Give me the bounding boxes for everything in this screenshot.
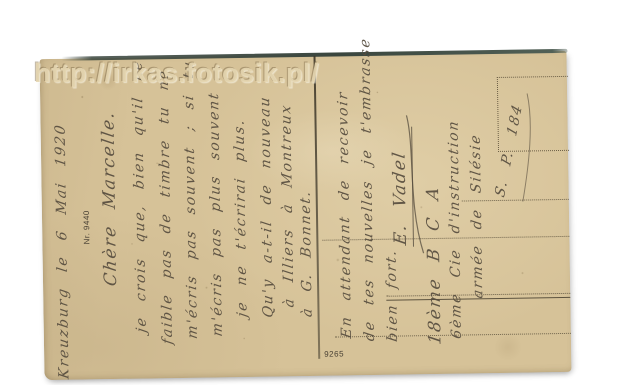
scanned-image: Nr. 9440 9265 Kreuzburg le 6 Mai 1920 Ch… xyxy=(0,0,620,385)
handwritten-line: m'écris pas plus souvent xyxy=(203,87,229,338)
site-watermark: http://irkas.fotosik.pl/ xyxy=(34,58,334,89)
handwritten-line: je ne t'écrirai plus. xyxy=(228,115,253,318)
signature: E. Vadel xyxy=(387,123,414,247)
printed-plate-number: 9265 xyxy=(324,349,344,358)
handwritten-line: je crois que, bien qu'il ne xyxy=(127,73,153,334)
handwritten-line: à G. Bonnet. xyxy=(294,163,318,318)
handwritten-line-salutation: Chère Marcelle. xyxy=(96,114,123,287)
handwritten-line-dateline: Kreuzburg le 6 Mai 1920 xyxy=(49,97,75,380)
handwritten-address-army: armée de Silésie xyxy=(464,107,489,300)
handwritten-line: m'écris pas souvent ; si tu xyxy=(178,75,204,340)
handwritten-line-closing: de tes nouvelles je t'embrasse xyxy=(355,77,381,342)
handwritten-line: faible pas de timbre tu ne xyxy=(153,71,179,346)
handwritten-line-closing: En attendant de recevoir xyxy=(332,81,358,340)
printed-series-number: Nr. 9440 xyxy=(82,192,93,244)
postcard-back: Nr. 9440 9265 Kreuzburg le 6 Mai 1920 Ch… xyxy=(40,51,572,380)
handwritten-line-closing: bien fort. xyxy=(381,260,404,343)
